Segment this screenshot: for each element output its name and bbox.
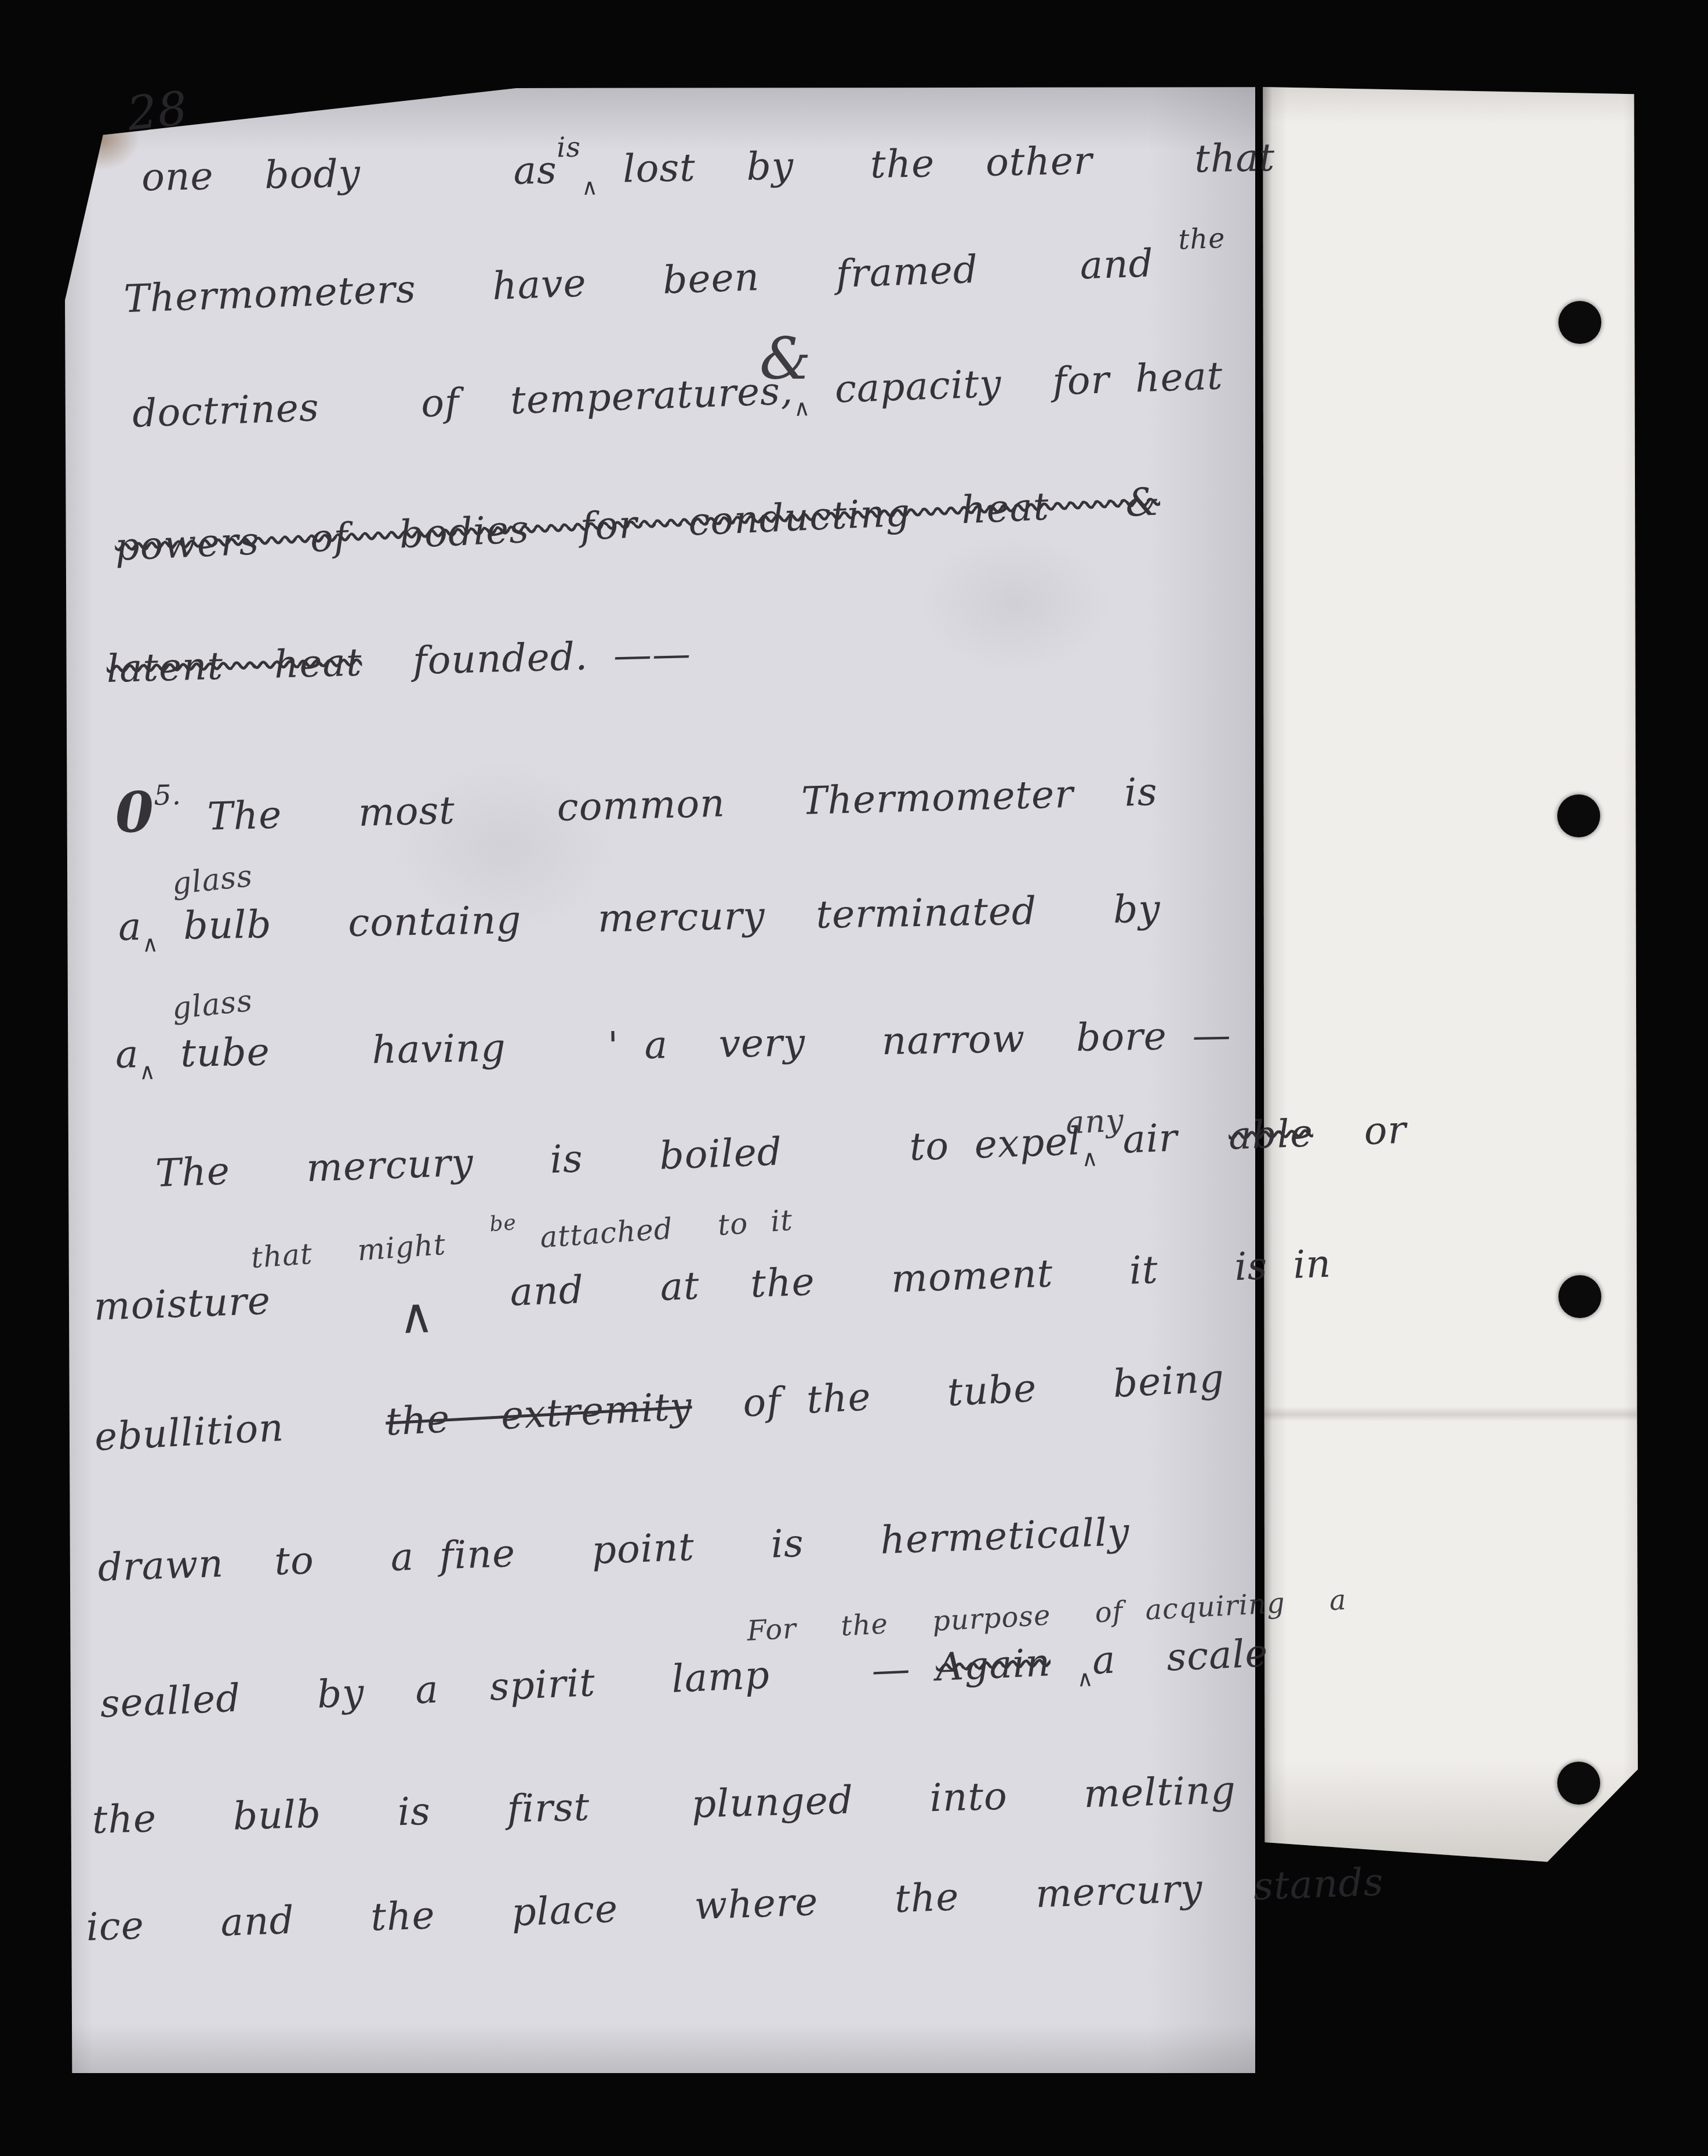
handwriting-marker-segment: 0 xyxy=(114,779,155,845)
handwriting-segment: founded. —— xyxy=(361,631,691,685)
handwriting-caret-segment: ∧ xyxy=(582,174,598,200)
handwriting-sup-segment: the xyxy=(1178,223,1226,256)
handwritten-line: 28 xyxy=(125,81,190,141)
handwriting-bigcaret-segment: ∧ xyxy=(398,1288,435,1345)
punch-hole xyxy=(1557,794,1600,837)
punch-hole xyxy=(1557,1762,1600,1805)
handwriting-segment: lost by the other that xyxy=(597,135,1275,191)
handwriting-caret-segment: ∧ xyxy=(1081,1145,1099,1172)
handwriting-caret-segment: ∧ xyxy=(793,395,811,422)
handwriting-segment: or xyxy=(1313,1108,1408,1156)
handwriting-scribbled-segment: latent heat xyxy=(106,640,362,691)
handwriting-scribbled-segment: able xyxy=(1228,1110,1314,1158)
handwriting-segment: a xyxy=(115,1032,139,1077)
paper-crease xyxy=(1261,1406,1638,1421)
handwriting-sup-segment: 5. xyxy=(154,779,182,812)
handwriting-segment: air xyxy=(1096,1113,1230,1163)
handwriting-sup-segment: be xyxy=(489,1211,517,1236)
handwriting-caret-segment: ∧ xyxy=(142,931,159,957)
punch-hole xyxy=(1558,301,1601,344)
handwriting-segment: 28 xyxy=(125,81,190,141)
handwriting-caret-segment: ∧ xyxy=(1076,1665,1093,1692)
handwriting-segment: one body as xyxy=(141,148,557,199)
handwriting-segment: a scale xyxy=(1091,1631,1269,1683)
handwriting-scribbled-segment: Again xyxy=(935,1640,1052,1690)
handwriting-caret-segment: ∧ xyxy=(139,1059,156,1085)
photograph-background: { "document": { "page_number": "28", "ki… xyxy=(0,0,1708,2156)
punch-hole xyxy=(1558,1275,1601,1318)
handwriting-segment: a xyxy=(118,904,142,949)
handwriting-segment xyxy=(1049,1639,1077,1685)
handwriting-sup-segment: is xyxy=(557,132,582,164)
